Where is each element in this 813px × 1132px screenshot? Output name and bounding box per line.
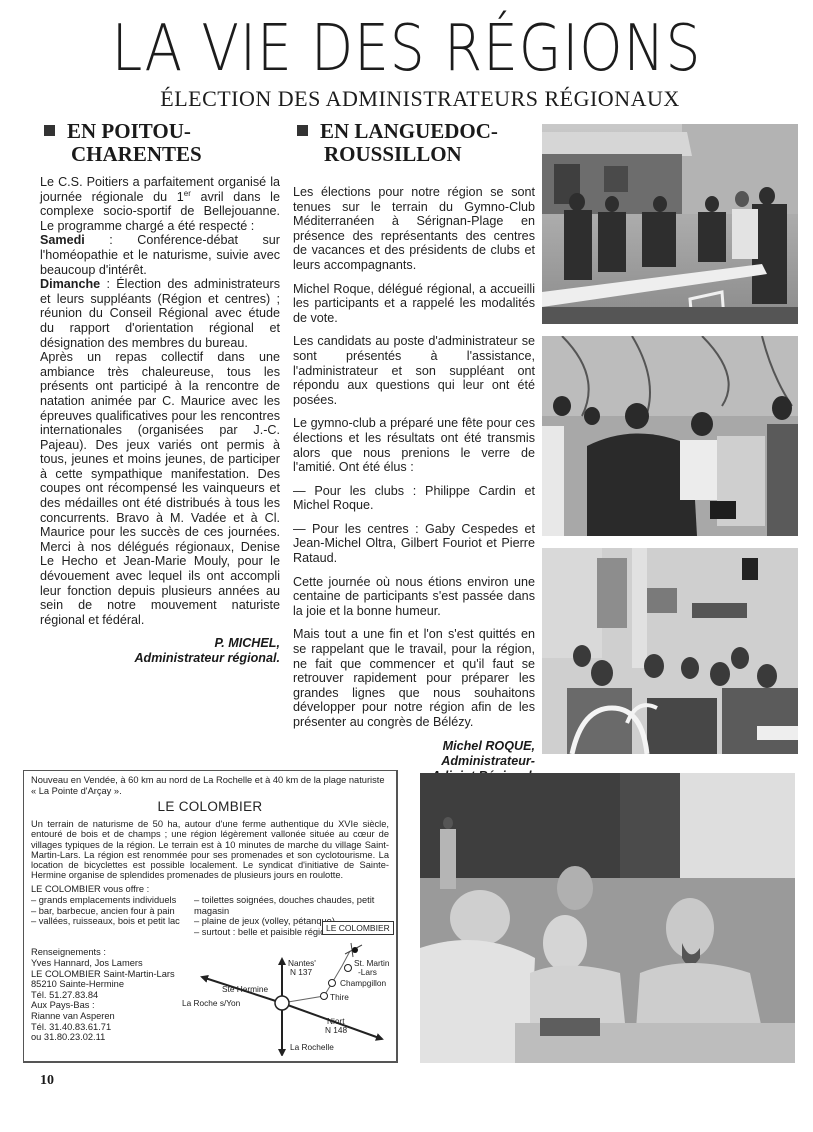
article-body: Les élections pour notre région se sont … [293,185,535,730]
ad-offer-heading: LE COLOMBIER vous offre : [31,884,389,895]
map-label-la-roche-sur-yon: La Roche s/Yon [182,999,240,1008]
section-heading: EN LANGUEDOC- ROUSSILLON [293,120,535,166]
day-label: Dimanche [40,277,100,291]
map-label-n137: N 137 [290,968,312,977]
map-destination-tag: LE COLOMBIER [322,921,394,935]
square-bullet-icon [44,125,55,136]
paragraph: Michel Roque, délégué régional, a accuei… [293,282,535,326]
paragraph: Les élections pour notre région se sont … [293,185,535,273]
contact-line: ou 31.80.23.02.11 [31,1032,191,1043]
ad-contact-info: Renseignements : Yves Hannard, Jos Lamer… [31,947,191,1042]
superscript: er [184,189,191,198]
contact-line: Renseignements : [31,947,191,958]
map-label-champgillon: Champgillon [340,979,386,988]
meeting-audience-photo [542,548,798,754]
contact-line: Tél. 31.40.83.61.71 [31,1022,191,1033]
author-role: Administrateur régional. [40,651,280,666]
author-role: Administrateur- [293,754,535,769]
heading-line-1: EN LANGUEDOC- [320,119,498,143]
road-map-graphic [182,921,394,1056]
article-body: Le C.S. Poitiers a parfaitement organisé… [40,175,280,627]
author-name: P. MICHEL, [40,636,280,651]
group-outdoor-table-photo [542,124,798,324]
contact-line: LE COLOMBIER Saint-Martin-Lars [31,969,191,980]
heading-line-2: ROUSSILLON [297,143,535,166]
contact-line: Tél. 51.27.83.84 [31,990,191,1001]
square-bullet-icon [297,125,308,136]
page-subtitle: ÉLECTION DES ADMINISTRATEURS RÉGIONAUX [120,86,720,112]
group-conversation-photo [542,336,798,536]
article-languedoc-roussillon: EN LANGUEDOC- ROUSSILLON Les élections p… [293,120,535,784]
day-label: Samedi [40,233,85,247]
paragraph: — Pour les clubs : Philippe Cardin et Mi… [293,484,535,513]
map-label-ste-hermine: Ste Hermine [222,985,268,994]
ad-title: LE COLOMBIER [31,799,389,815]
offer-item: – bar, barbecue, ancien four à pain [31,906,194,917]
offer-item: – grands emplacements individuels [31,895,194,906]
map-label-n148: N 148 [325,1026,347,1035]
paragraph: Le gymno-club a préparé une fête pour ce… [293,416,535,474]
offer-item: – vallées, ruisseaux, bois et petit lac [31,916,194,927]
paragraph: Mais tout a une fin et l'on s'est quitté… [293,627,535,729]
contact-line: 85210 Sainte-Hermine [31,979,191,990]
heading-line-1: EN POITOU- [67,119,191,143]
ad-description: Un terrain de naturisme de 50 ha, autour… [31,819,389,880]
offer-item: – toilettes soignées, douches chaudes, p… [194,895,389,916]
heading-line-2: CHARENTES [44,143,280,166]
page-number: 10 [40,1073,54,1089]
paragraph-text: Après un repas collectif dans une ambian… [40,350,280,627]
advertisement-le-colombier: Nouveau en Vendée, à 60 km au nord de La… [23,770,398,1063]
section-heading: EN POITOU- CHARENTES [40,120,280,166]
contact-line: Yves Hannard, Jos Lamers [31,958,191,969]
paragraph: Cette journée où nous étions environ une… [293,575,535,619]
map-label-la-rochelle: La Rochelle [290,1043,334,1052]
ad-intro: Nouveau en Vendée, à 60 km au nord de La… [31,775,389,796]
article-poitou-charentes: EN POITOU- CHARENTES Le C.S. Poitiers a … [40,120,280,666]
author-name: Michel ROQUE, [293,739,535,754]
paragraph: — Pour les centres : Gaby Cespedes et Je… [293,522,535,566]
contact-line: Aux Pays-Bas : [31,1000,191,1011]
page-title: LA VIE DES RÉGIONS [57,14,756,84]
map-label-thire: Thire [330,993,349,1002]
naturists-at-table-photo [420,773,795,1063]
paragraph: Les candidats au poste d'administrateur … [293,334,535,407]
location-map: LE COLOMBIER Nantes' N 137 St. Martin -L… [182,921,394,1056]
contact-line: Rianne van Asperen [31,1011,191,1022]
author-signature: P. MICHEL, Administrateur régional. [40,636,280,666]
map-label-st-martin-lars: -Lars [358,968,377,977]
